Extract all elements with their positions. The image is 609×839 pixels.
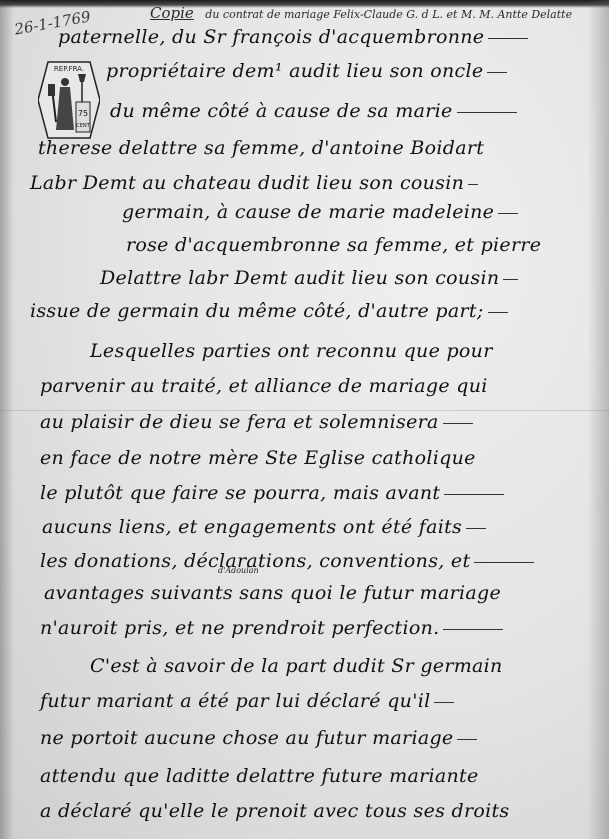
- manuscript-line: n'auroit pris, et ne prendroit perfectio…: [40, 617, 503, 639]
- manuscript-line: en face de notre mère Ste Eglise catholi…: [40, 447, 476, 469]
- page-right-edge: [587, 0, 609, 839]
- manuscript-line: issue de germain du même côté, d'autre p…: [30, 300, 508, 322]
- manuscript-line: du même côté à cause de sa marie: [110, 100, 517, 122]
- copie-label: Copie: [150, 4, 194, 22]
- page-left-edge: [0, 0, 14, 839]
- manuscript-line: a déclaré qu'elle le prenoit avec tous s…: [40, 800, 509, 822]
- svg-text:75: 75: [78, 109, 88, 118]
- manuscript-line: futur mariant a été par lui déclaré qu'i…: [40, 690, 454, 712]
- manuscript-line: ne portoit aucune chose au futur mariage: [40, 727, 477, 749]
- manuscript-line: Lesquelles parties ont reconnu que pour: [90, 340, 493, 362]
- manuscript-page: 26-1-1769 Copie du contrat de mariage Fe…: [0, 0, 609, 839]
- header-annotation: Copie du contrat de mariage Felix-Claude…: [150, 4, 572, 22]
- manuscript-line: rose d'acquembronne sa femme, et pierre: [126, 234, 541, 256]
- manuscript-line: Delattre labr Demt audit lieu son cousin: [100, 267, 518, 289]
- manuscript-line: parvenir au traité, et alliance de maria…: [40, 375, 488, 397]
- manuscript-line: attendu que laditte delattre future mari…: [40, 765, 479, 787]
- manuscript-line: paternelle, du Sr françois d'acquembronn…: [58, 26, 528, 48]
- manuscript-line: au plaisir de dieu se fera et solemniser…: [40, 411, 473, 433]
- interlinear-insertion: d'Adoulan: [218, 566, 259, 575]
- manuscript-line: propriétaire dem¹ audit lieu son oncle: [106, 60, 507, 82]
- revenue-stamp: REP.FRA. 75 CENT: [38, 60, 100, 140]
- svg-text:CENT: CENT: [76, 123, 90, 129]
- manuscript-line: avantages suivants sans quoi le futur ma…: [44, 582, 501, 604]
- header-text: du contrat de mariage Felix-Claude G. d …: [205, 8, 572, 21]
- manuscript-line: germain, à cause de marie madeleine: [122, 201, 518, 223]
- manuscript-line: C'est à savoir de la part dudit Sr germa…: [90, 655, 503, 677]
- manuscript-line: aucuns liens, et engagements ont été fai…: [42, 516, 486, 538]
- svg-text:REP.FRA.: REP.FRA.: [54, 65, 84, 73]
- stamp-figure-icon: REP.FRA. 75 CENT: [38, 60, 100, 140]
- manuscript-line: le plutôt que faire se pourra, mais avan…: [40, 482, 504, 504]
- manuscript-line: therese delattre sa femme, d'antoine Boi…: [38, 137, 484, 159]
- manuscript-line: les donations, déclarations, conventions…: [40, 550, 534, 572]
- manuscript-line: Labr Demt au chateau dudit lieu son cous…: [30, 172, 478, 194]
